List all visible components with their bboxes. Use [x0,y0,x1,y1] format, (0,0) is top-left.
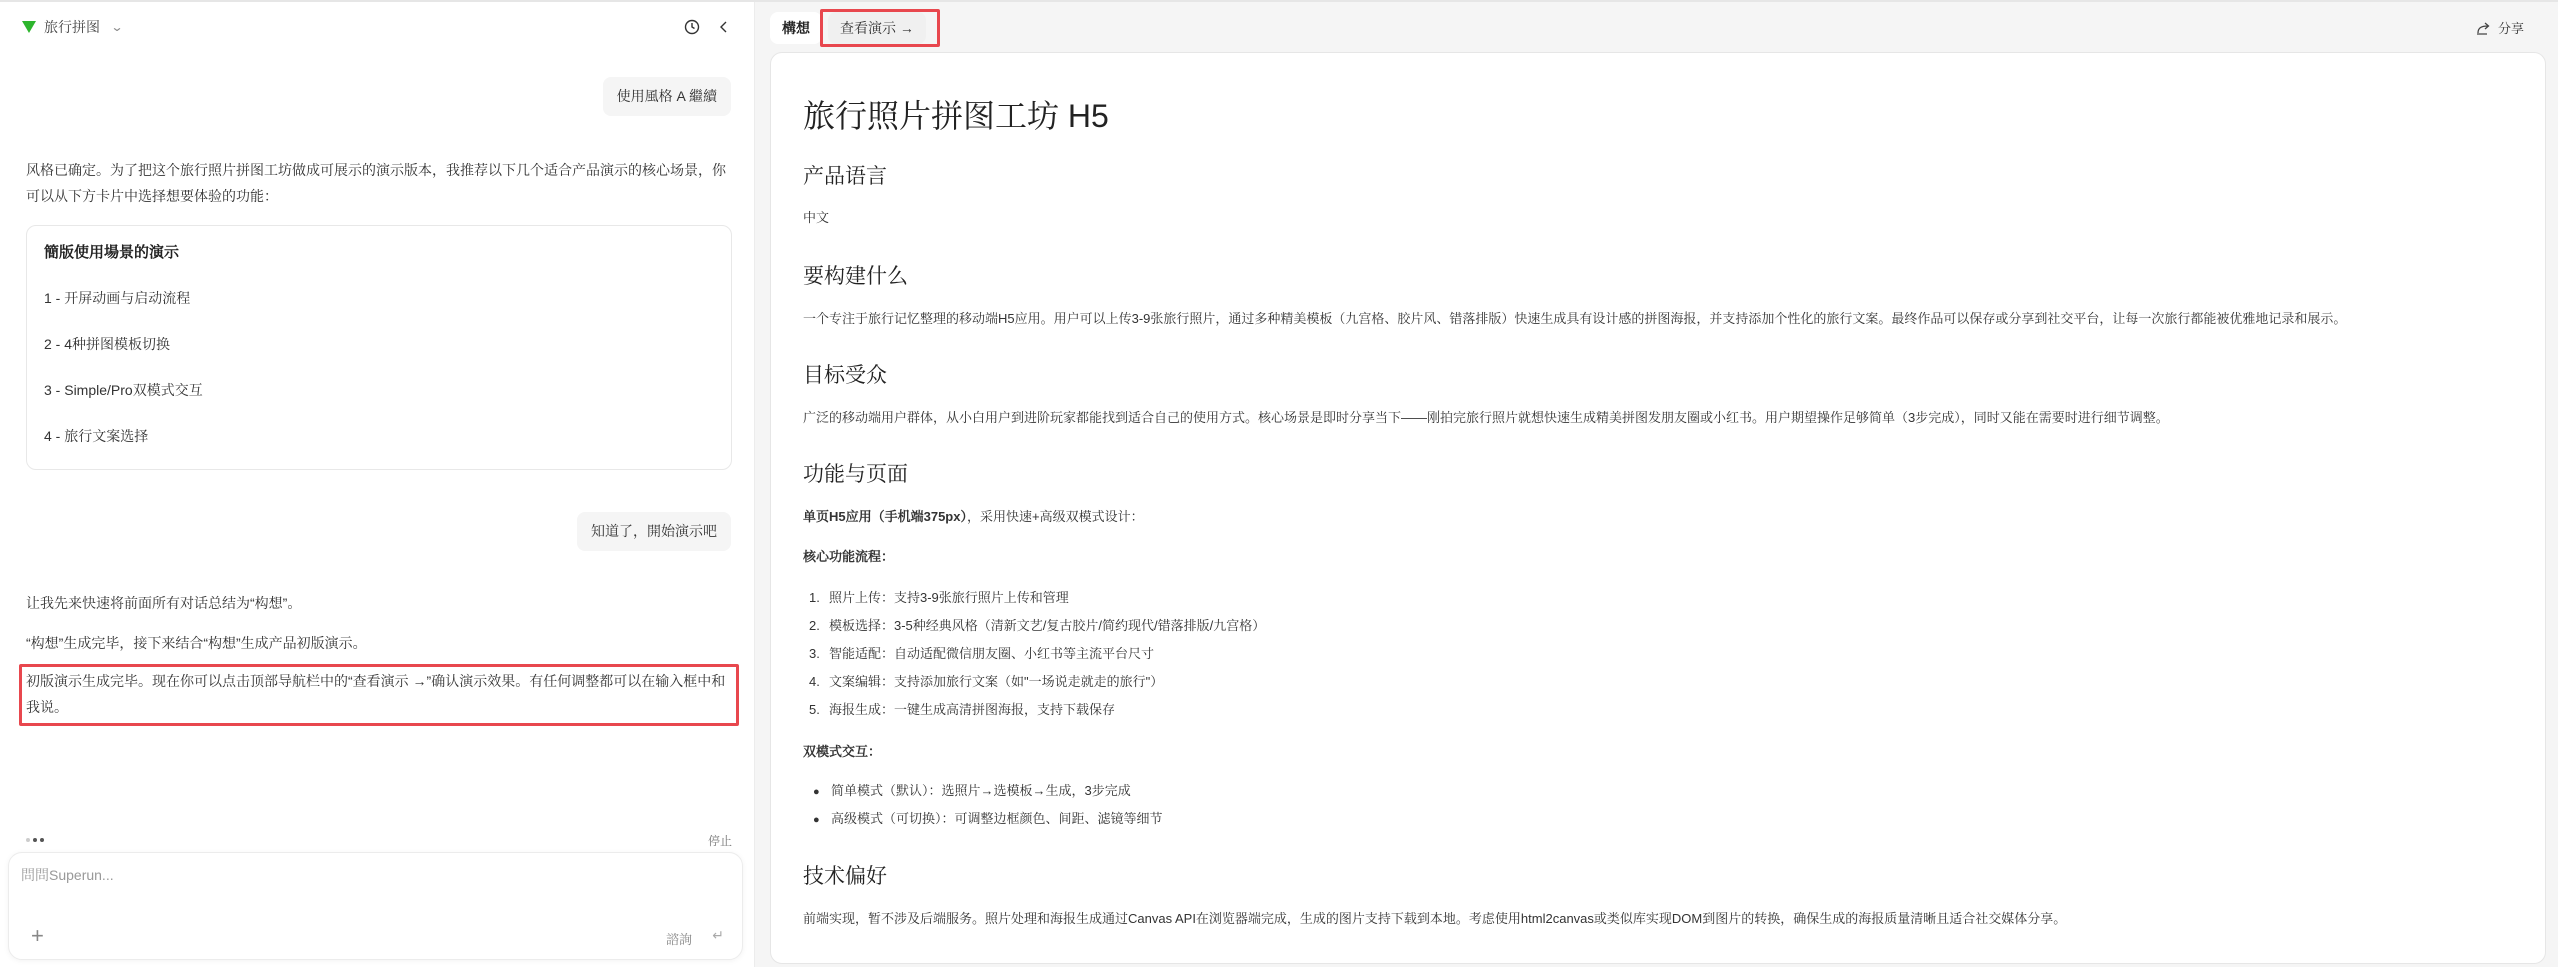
scenario-card: 簡版使用場景的演示 1 - 开屏动画与启动流程 2 - 4种拼图模板切换 3 -… [26,225,732,470]
assistant-message: 风格已确定。为了把这个旅行照片拼图工坊做成可展示的演示版本，我推荐以下几个适合产… [26,157,726,209]
share-icon [2476,21,2492,35]
stop-button[interactable]: 停止 [708,832,732,849]
project-switcher[interactable]: 旅行拼图 ⌄ [22,17,122,37]
document-title: 旅行照片拼图工坊 H5 [803,91,1109,137]
assistant-message: “构想”生成完毕，接下来结合“构想”生成产品初版演示。 [26,630,726,656]
scenario-option[interactable]: 4 - 旅行文案选择 [44,426,148,446]
chat-input[interactable] [21,865,721,905]
core-flow-item: 2.模板选择：3-5种经典风格（清新文艺/复古胶片/简约现代/错落排版/九宫格） [809,615,1265,634]
section-body: 一个专注于旅行记忆整理的移动端H5应用。用户可以上传3-9张旅行照片，通过多种精… [803,308,2346,327]
chevron-down-icon: ⌄ [110,20,123,34]
share-label: 分享 [2498,18,2524,37]
highlight-annotation [19,664,739,726]
chat-panel: 旅行拼图 ⌄ 使用風格 A 繼續 风格已确定。为了把这个旅行照片拼图工坊做成可展… [0,2,755,967]
user-message: 使用風格 A 繼續 [603,77,731,116]
project-name: 旅行拼图 [44,17,100,37]
core-flow-item: 1.照片上传：支持3-9张旅行照片上传和管理 [809,587,1069,606]
core-flow-text: 文案编辑：支持添加旅行文案（如"一场说走就走的旅行"） [829,674,1163,689]
tab-concept[interactable]: 構想 [770,12,822,44]
section-heading: 产品语言 [803,160,887,190]
send-button[interactable]: 諮詢 [666,929,692,948]
section-heading: 要构建什么 [803,260,908,290]
dual-mode-text: 高级模式（可切换）：可调整边框颜色、间距、滤镜等细节 [831,811,1163,826]
chat-messages: 使用風格 A 繼續 风格已确定。为了把这个旅行照片拼图工坊做成可展示的演示版本，… [0,52,755,822]
scenario-option[interactable]: 1 - 开屏动画与启动流程 [44,288,190,308]
section-body: 中文 [803,207,829,226]
section-body: 前端实现，暂不涉及后端服务。照片处理和海报生成通过Canvas API在浏览器端… [803,908,2066,927]
concept-document: 旅行照片拼图工坊 H5 产品语言 中文 要构建什么 一个专注于旅行记忆整理的移动… [770,52,2546,964]
core-flow-item: 5.海报生成：一键生成高清拼图海报，支持下载保存 [809,699,1115,718]
assistant-message: 让我先来快速将前面所有对话总结为“构想”。 [26,590,726,616]
tab-view-demo[interactable]: 查看演示 → [828,12,926,44]
section-heading: 技术偏好 [803,860,887,890]
add-attachment-icon[interactable]: + [31,925,44,947]
core-flow-item: 4.文案编辑：支持添加旅行文案（如"一场说走就走的旅行"） [809,671,1163,690]
generation-status: 停止 [26,830,732,850]
document-panel: 構想 查看演示 → 分享 旅行照片拼图工坊 H5 产品语言 中文 要构建什么 一… [756,2,2558,967]
section-heading: 目标受众 [803,359,887,389]
chat-header: 旅行拼图 ⌄ [0,2,755,52]
tab-view-demo-label: 查看演示 → [840,20,914,36]
core-flow-text: 照片上传：支持3-9张旅行照片上传和管理 [829,590,1069,605]
user-message: 知道了，開始演示吧 [577,512,731,551]
section-intro-bold: 单页H5应用（手机端375px） [803,509,967,524]
dual-mode-item: ●简单模式（默认）：选照片→选模板→生成，3步完成 [809,780,1131,799]
scenario-card-title: 簡版使用場景的演示 [44,241,179,262]
chat-input-box: + 諮詢 ↵ [8,852,743,960]
view-tabs: 構想 查看演示 → [770,12,926,44]
dual-mode-item: ●高级模式（可切换）：可调整边框颜色、间距、滤镜等细节 [809,808,1163,827]
section-heading: 功能与页面 [803,458,908,488]
section-body: 广泛的移动端用户群体，从小白用户到进阶玩家都能找到适合自己的使用方式。核心场景是… [803,407,2169,426]
share-button[interactable]: 分享 [2476,18,2524,37]
history-icon[interactable] [683,18,701,36]
core-flow-item: 3.智能适配：自动适配微信朋友圈、小红书等主流平台尺寸 [809,643,1154,662]
section-intro: 单页H5应用（手机端375px），采用快速+高级双模式设计： [803,506,1144,525]
dual-mode-text: 简单模式（默认）：选照片→选模板→生成，3步完成 [831,783,1131,798]
collapse-panel-icon[interactable] [715,18,733,36]
gem-icon [22,21,36,33]
core-flow-text: 模板选择：3-5种经典风格（清新文艺/复古胶片/简约现代/错落排版/九宫格） [829,618,1265,633]
core-flow-text: 海报生成：一键生成高清拼图海报，支持下载保存 [829,702,1115,717]
scenario-option[interactable]: 3 - Simple/Pro双模式交互 [44,380,203,400]
dual-mode-label: 双模式交互： [803,741,881,760]
core-flow-text: 智能适配：自动适配微信朋友圈、小红书等主流平台尺寸 [829,646,1154,661]
enter-icon[interactable]: ↵ [712,927,724,944]
section-intro-rest: ，采用快速+高级双模式设计： [967,509,1144,524]
loading-dots-icon [26,838,44,842]
core-flow-label: 核心功能流程： [803,546,894,565]
scenario-option[interactable]: 2 - 4种拼图模板切换 [44,334,170,354]
